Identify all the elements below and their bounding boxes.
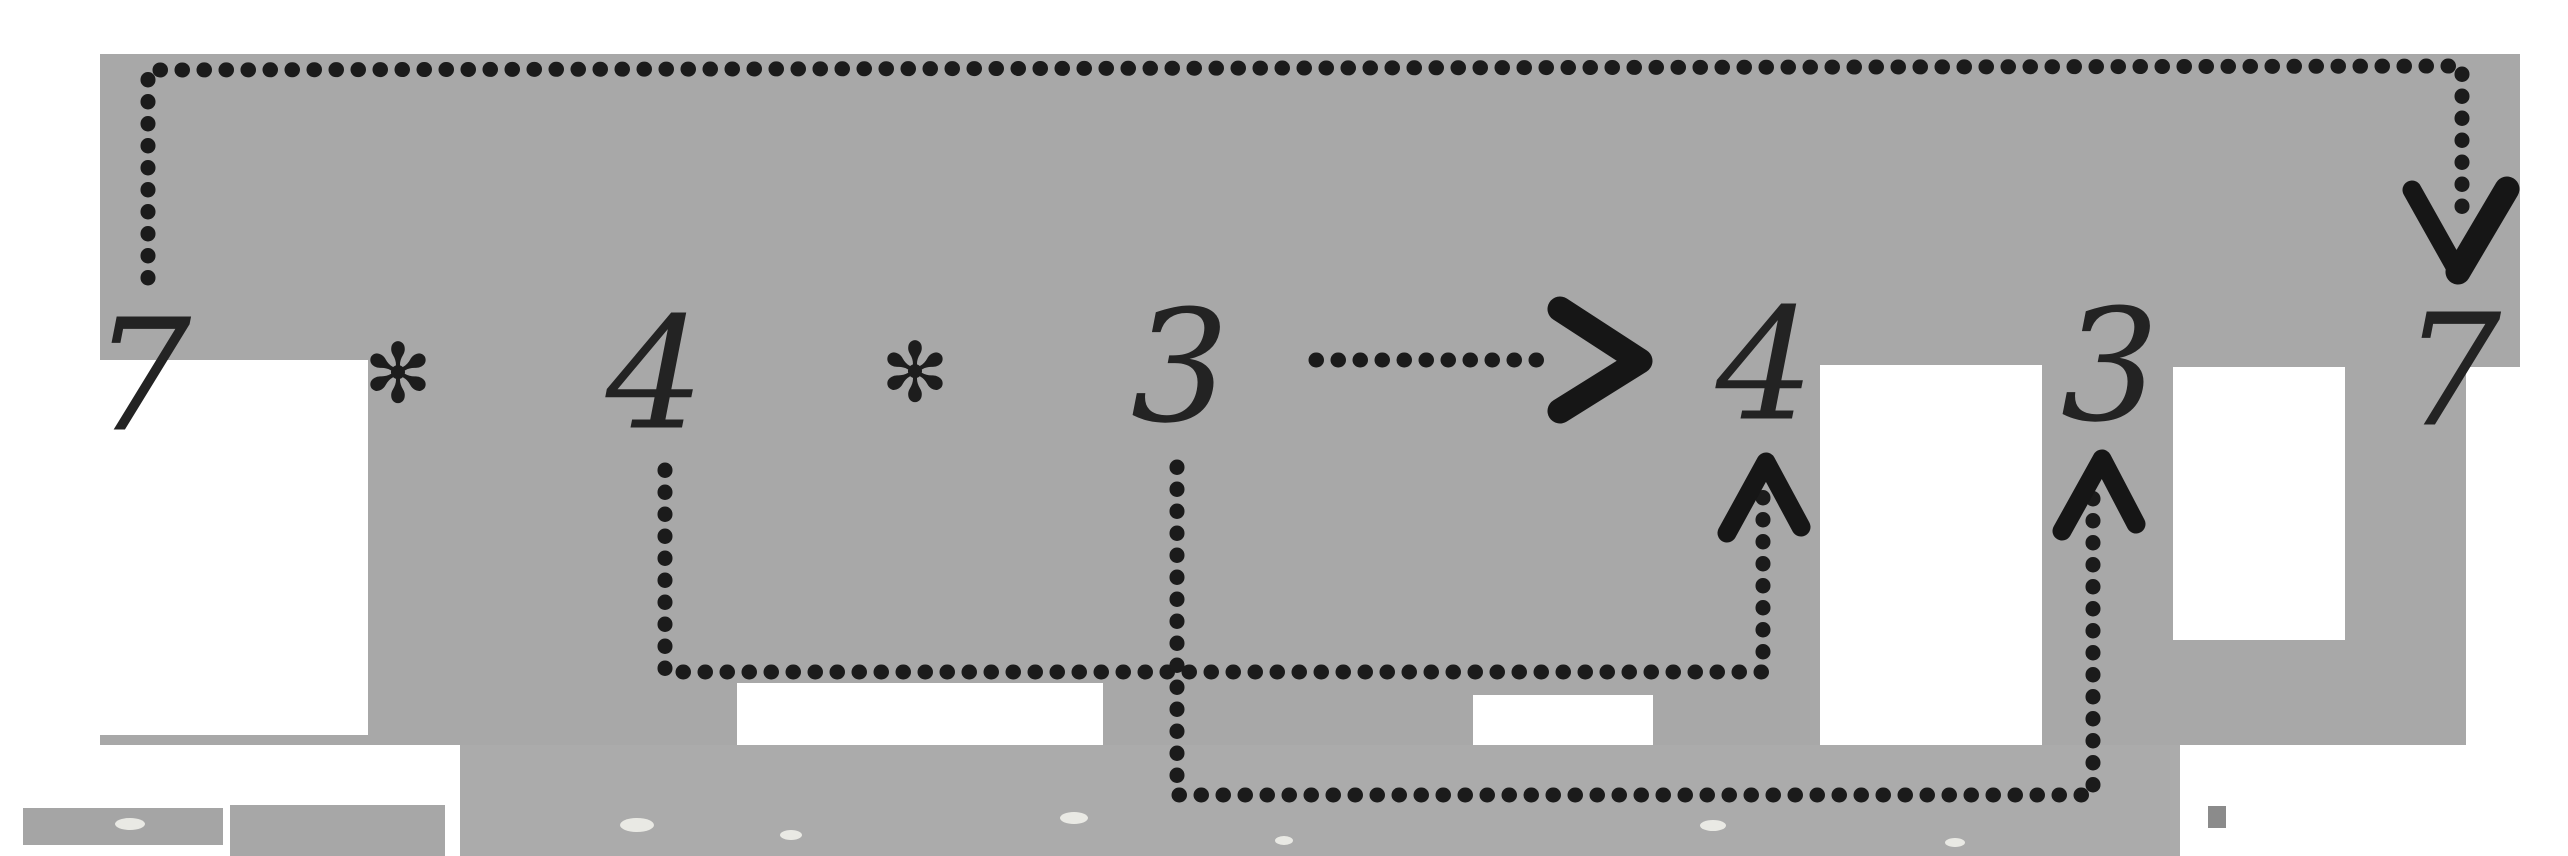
- input-digit-2: 4: [606, 297, 705, 452]
- route-4-under-line: [665, 470, 1763, 672]
- right-arrowhead-icon: [1560, 309, 1640, 411]
- separator-asterisk-icon: ✻: [364, 334, 433, 416]
- input-digit-1: 7: [93, 299, 192, 454]
- route-7-over-top-line: [148, 66, 2462, 278]
- output-digit-2: 3: [2061, 289, 2160, 444]
- output-digit-3: 7: [2403, 294, 2502, 449]
- arrows-layer: [0, 0, 2568, 856]
- output-digit-1: 4: [1716, 288, 1815, 443]
- input-digit-3: 3: [1131, 290, 1230, 445]
- route-3-under-line: [1177, 467, 2093, 795]
- separator-asterisk-icon: ✻: [881, 333, 950, 415]
- figure-canvas: 7 ✻ 4 ✻ 3 4 3 7: [0, 0, 2568, 856]
